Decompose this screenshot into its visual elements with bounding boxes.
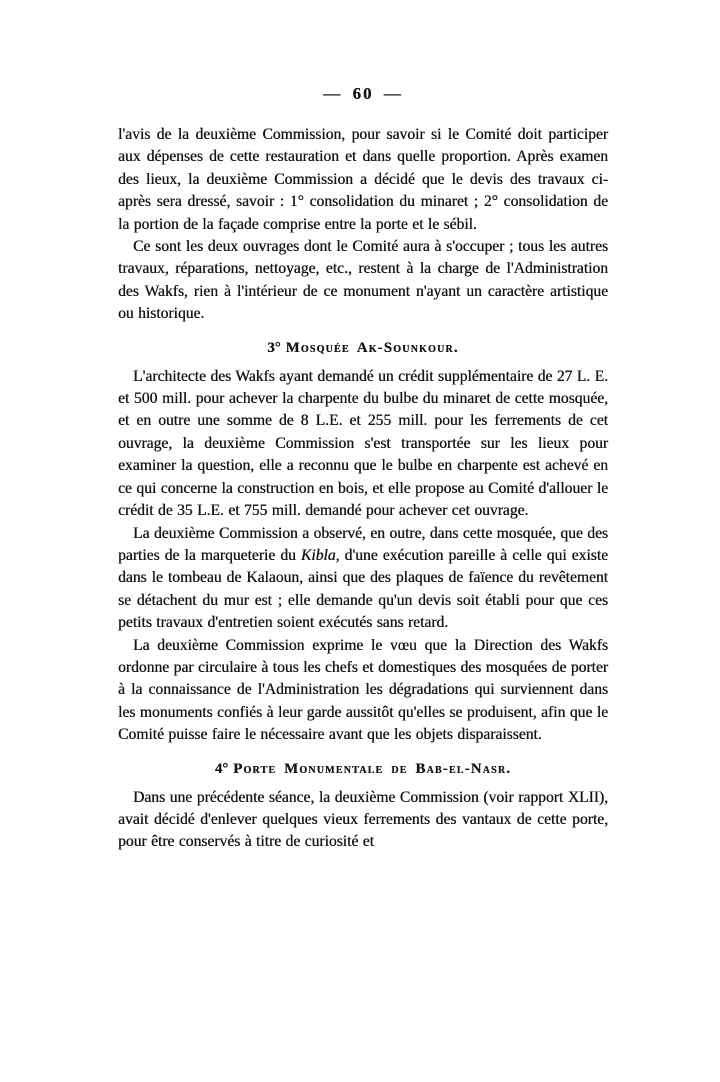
paragraph-comite-ouvrages: Ce sont les deux ouvrages dont le Comité… — [118, 236, 608, 326]
paragraph-marqueterie-kibla: La deuxième Commission a observé, en out… — [118, 523, 608, 635]
section-heading-porte-bab-el-nasr: 4°Porte Monumentale de Bab-el-Nasr. — [118, 761, 608, 778]
section-title: Porte Monumentale de Bab-el-Nasr. — [233, 761, 511, 777]
section-title: Mosquée Ak-Sounkour. — [286, 340, 459, 356]
page-number: — 60 — — [118, 84, 608, 104]
paragraph-precedente-seance: Dans une précédente séance, la deuxième … — [118, 787, 608, 854]
kibla-italic-word: Kibla — [301, 547, 336, 564]
section-number: 3° — [267, 340, 280, 356]
paragraph-voeu-direction-wakfs: La deuxième Commission exprime le vœu qu… — [118, 635, 608, 747]
document-page: — 60 — l'avis de la deuxième Commission,… — [0, 0, 720, 1082]
paragraph-continuation: l'avis de la deuxième Commission, pour s… — [118, 124, 608, 236]
section-number: 4° — [215, 761, 228, 777]
section-heading-mosquee-ak-sounkour: 3°Mosquée Ak-Sounkour. — [118, 340, 608, 357]
paragraph-architecte-wakfs: L'architecte des Wakfs ayant demandé un … — [118, 366, 608, 523]
